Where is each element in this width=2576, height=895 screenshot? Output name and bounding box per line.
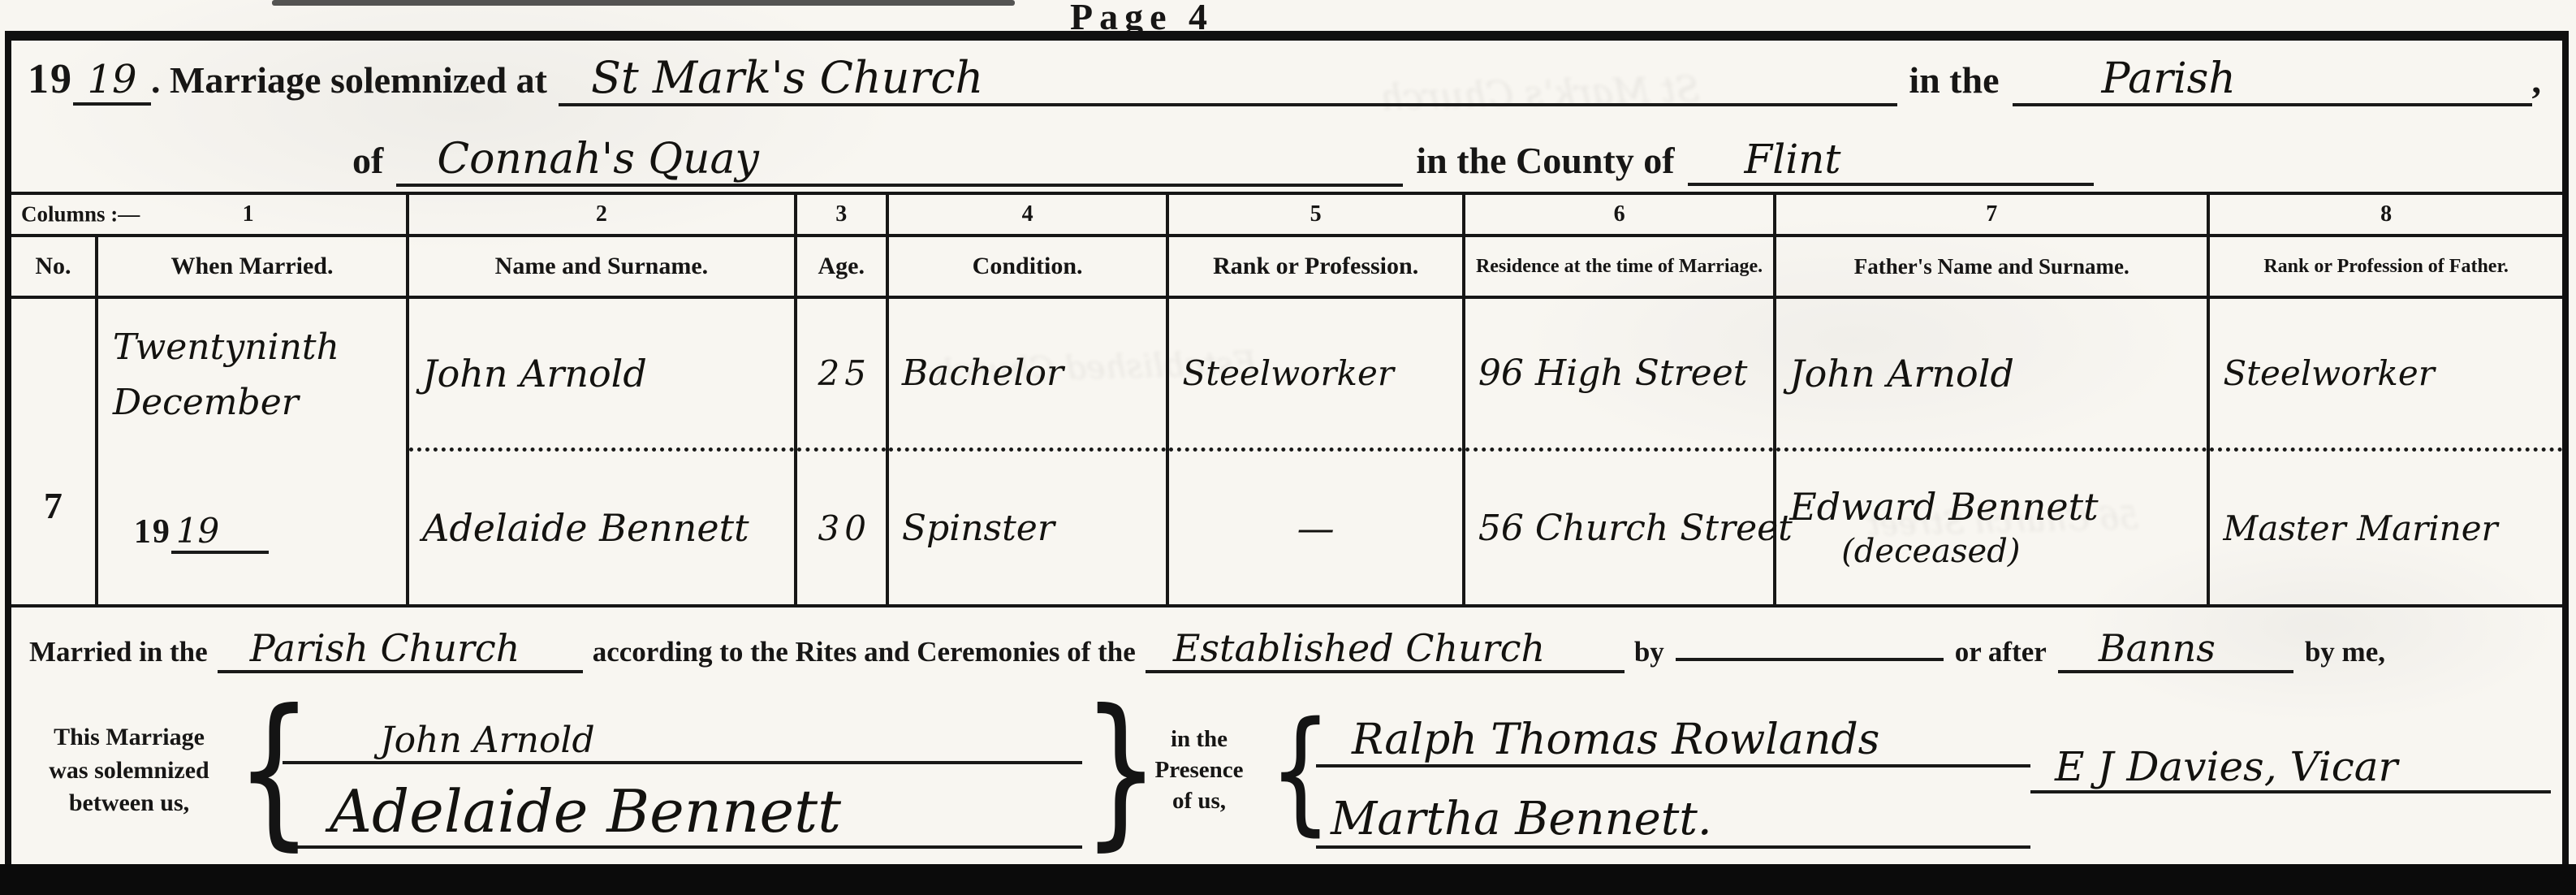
bride-father-deceased-note: (deceased) (1789, 531, 2098, 572)
solemnized-label-line2: was solemnized (23, 754, 235, 788)
district-handwritten: Parish (2013, 54, 2532, 106)
or-after-label: or after (1955, 636, 2047, 668)
declaration-line: Married in the Parish Church according t… (11, 607, 2562, 674)
marriage-register-scan: Page 4 St Mark's Church Established Chur… (0, 0, 2576, 895)
bride-age: 30 (818, 508, 878, 548)
groom-name: John Arnold (422, 352, 647, 396)
residence-column: 96 High Street 56 Church Street (1465, 299, 1776, 604)
column-number-6: 6 (1465, 195, 1776, 234)
scan-bottom-bar (0, 864, 2576, 895)
officiant-signature: E J Davies, Vicar (2030, 720, 2551, 793)
officiant-block: E J Davies, Vicar (2030, 684, 2551, 858)
column-number-1: 1 (243, 201, 254, 227)
bride-father-name-line1: Edward Bennett (1789, 484, 2098, 531)
marriage-year-printed: 19 (134, 512, 171, 551)
header-when-married: When Married. (98, 237, 409, 296)
date-word-1: Twentyninth (113, 320, 399, 375)
date-word-2: December (113, 375, 399, 430)
marriage-year: 19 19 (113, 511, 399, 554)
solemnized-label-line3: between us, (23, 787, 235, 820)
columns-label: Columns :— (21, 202, 140, 227)
rank-column: Steelworker — (1169, 299, 1465, 604)
solemnized-at-label: . Marriage solemnized at (151, 58, 547, 102)
column-number-3: 3 (797, 195, 889, 234)
party-signatures: John Arnold Adelaide Bennett (283, 684, 1082, 858)
column-number-2: 2 (409, 195, 797, 234)
blank-line (1676, 624, 1944, 661)
of-label: of (352, 139, 383, 182)
solemnized-label: This Marriage was solemnized between us, (23, 684, 235, 858)
opening-brace: { (235, 689, 283, 854)
form-head: 19 19 . Marriage solemnized at St Mark's… (11, 41, 2562, 188)
married-in-label: Married in the (29, 636, 208, 668)
father-rank-column: Steelworker Master Mariner (2210, 299, 2562, 604)
rites-label: according to the Rites and Ceremonies of… (593, 636, 1136, 668)
church-name-handwritten: St Mark's Church (559, 52, 1897, 106)
bride-residence: 56 Church Street (1478, 508, 1793, 549)
age-column: 25 30 (797, 299, 889, 604)
header-father-name: Father's Name and Surname. (1776, 237, 2210, 296)
when-married-cell: Twentyninth December 19 19 (98, 299, 409, 604)
header-no: No. (11, 237, 98, 296)
groom-signature: John Arnold (283, 693, 1082, 764)
line1-comma: , (2532, 58, 2542, 102)
groom-condition: Bachelor (902, 352, 1064, 394)
county-of-label: in the County of (1416, 139, 1674, 182)
groom-father-name: John Arnold (1789, 352, 2014, 396)
column-number-5: 5 (1169, 195, 1465, 234)
closing-brace: } (1082, 689, 1129, 854)
witness-signature-2: Martha Bennett. (1316, 767, 2030, 849)
solemnized-label-line1: This Marriage (23, 721, 235, 754)
condition-column: Bachelor Spinster (889, 299, 1170, 604)
bride-father-rank: Master Mariner (2223, 508, 2497, 548)
parish-name-handwritten: Connah's Quay (396, 135, 1403, 187)
rites-handwritten: Established Church (1146, 626, 1625, 673)
groom-age: 25 (818, 353, 878, 393)
marriage-year-handwritten: 19 (171, 511, 269, 554)
groom-father-rank: Steelworker (2223, 353, 2435, 393)
column-headers-row: No. When Married. Name and Surname. Age.… (11, 237, 2562, 299)
head-line-2: of Connah's Quay in the County of Flint (28, 135, 2541, 188)
entry-number: 7 (11, 299, 98, 604)
by-label: by (1634, 636, 1664, 668)
groom-residence: 96 High Street (1478, 352, 1748, 394)
register-form: 19 19 . Marriage solemnized at St Mark's… (5, 31, 2569, 895)
header-rank-profession: Rank or Profession. (1169, 237, 1465, 296)
county-handwritten: Flint (1688, 136, 2094, 186)
name-column: John Arnold Adelaide Bennett (409, 299, 797, 604)
header-condition: Condition. (889, 237, 1170, 296)
bride-father-name: Edward Bennett (deceased) (1789, 484, 2098, 572)
witness-signatures: Ralph Thomas Rowlands Martha Bennett. (1316, 684, 2030, 858)
column-number-4: 4 (889, 195, 1170, 234)
year-printed: 19 (28, 55, 73, 103)
header-name-surname: Name and Surname. (409, 237, 797, 296)
married-in-handwritten: Parish Church (218, 626, 583, 673)
in-the-label: in the (1909, 58, 1999, 102)
groom-rank: Steelworker (1182, 353, 1394, 393)
header-age: Age. (797, 237, 889, 296)
column-numbers-row: Columns :— 1 2 3 4 5 6 7 8 (11, 195, 2562, 237)
entry-row: 7 Twentyninth December 19 19 John Arnold… (11, 299, 2562, 607)
header-father-rank: Rank or Profession of Father. (2210, 237, 2562, 296)
column-number-cell-1: Columns :— 1 (11, 195, 409, 234)
signature-section: This Marriage was solemnized between us,… (11, 674, 2562, 895)
column-number-8: 8 (2210, 195, 2562, 234)
witness-brace: { (1269, 704, 1316, 838)
year-handwritten: 19 (73, 57, 151, 106)
column-number-7: 7 (1776, 195, 2210, 234)
header-residence: Residence at the time of Marriage. (1465, 237, 1776, 296)
bride-rank-dash: — (1297, 506, 1335, 550)
father-name-column: John Arnold Edward Bennett (deceased) (1776, 299, 2210, 604)
by-me-label: by me, (2305, 636, 2385, 668)
bride-condition: Spinster (902, 508, 1055, 549)
bride-signature: Adelaide Bennett (283, 764, 1082, 849)
witness-signature-1: Ralph Thomas Rowlands (1316, 693, 2030, 767)
bride-name: Adelaide Bennett (422, 506, 749, 550)
marriage-date-handwritten: Twentyninth December (113, 320, 399, 430)
head-line-1: 19 19 . Marriage solemnized at St Mark's… (28, 52, 2541, 135)
banns-handwritten: Banns (2058, 626, 2293, 673)
